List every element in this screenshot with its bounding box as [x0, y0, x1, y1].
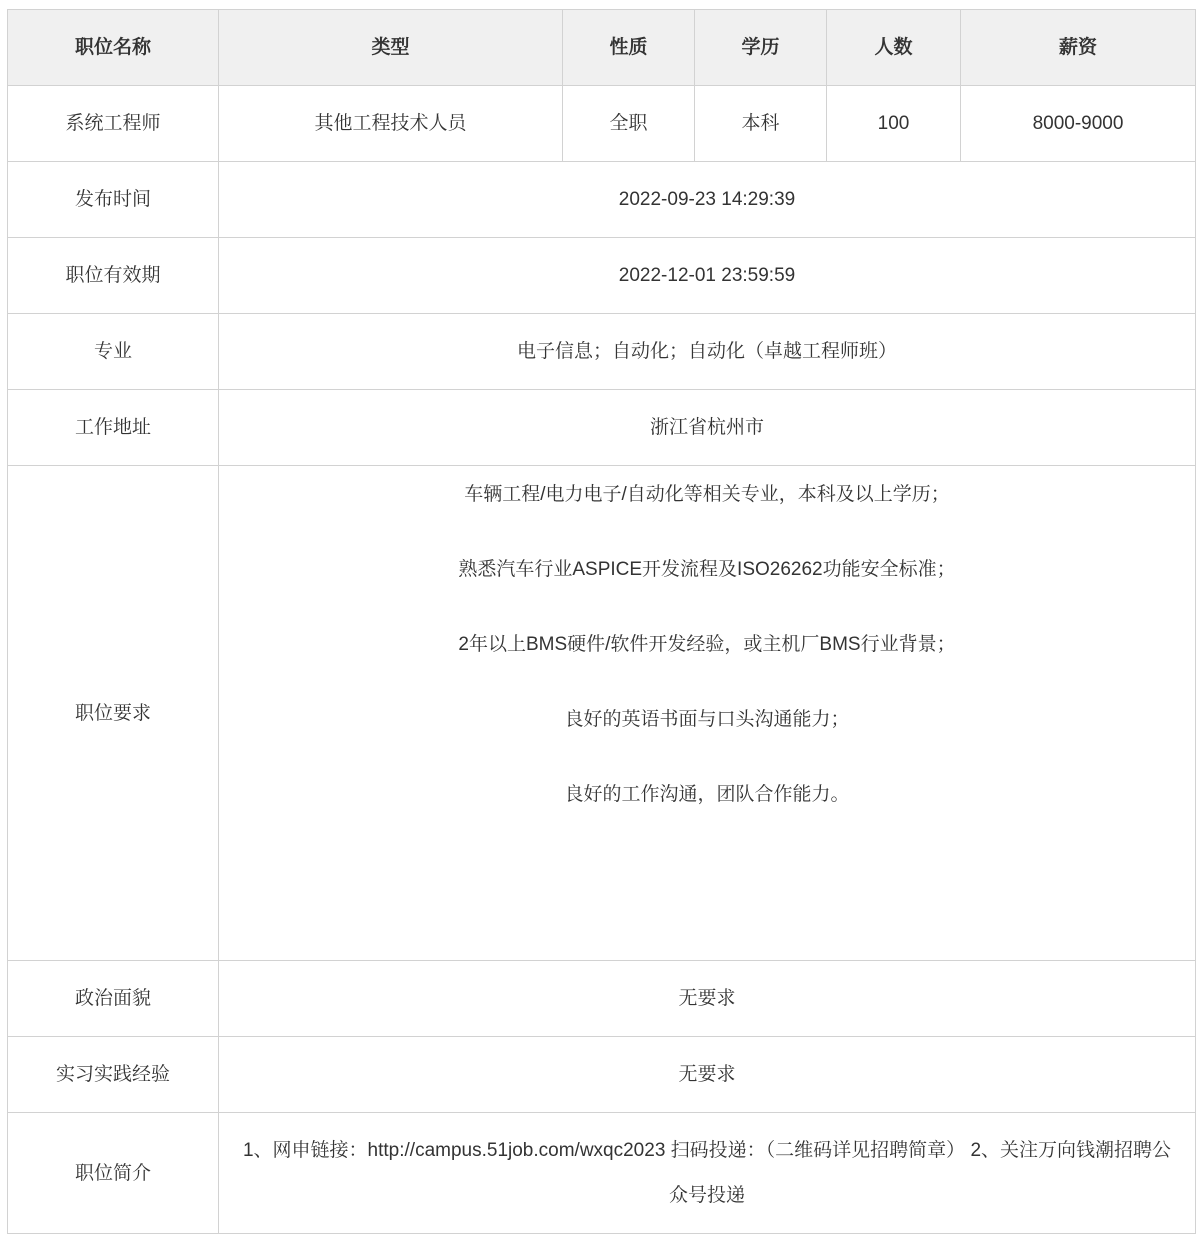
political-status-value: 无要求 [219, 961, 1196, 1037]
requirements-label: 职位要求 [8, 466, 219, 961]
internship-label: 实习实践经验 [8, 1037, 219, 1113]
requirements-value: 车辆工程/电力电子/自动化等相关专业，本科及以上学历； 熟悉汽车行业ASPICE… [219, 466, 1196, 961]
job-detail-table: 职位名称 类型 性质 学历 人数 薪资 系统工程师 其他工程技术人员 全职 本科… [7, 9, 1196, 1222]
internship-row: 实习实践经验 无要求 [8, 1037, 1196, 1113]
position-row: 系统工程师 其他工程技术人员 全职 本科 100 8000-9000 [8, 86, 1196, 162]
valid-until-row: 职位有效期 2022-12-01 23:59:59 [8, 238, 1196, 314]
publish-time-value: 2022-09-23 14:29:39 [219, 162, 1196, 238]
internship-value: 无要求 [219, 1037, 1196, 1113]
political-status-label: 政治面貌 [8, 961, 219, 1037]
header-headcount: 人数 [827, 10, 961, 86]
header-salary: 薪资 [961, 10, 1196, 86]
requirements-row: 职位要求 车辆工程/电力电子/自动化等相关专业，本科及以上学历； 熟悉汽车行业A… [8, 466, 1196, 961]
intro-row: 职位简介 1、网申链接：http://campus.51job.com/wxqc… [8, 1113, 1196, 1223]
location-label: 工作地址 [8, 390, 219, 466]
position-salary: 8000-9000 [961, 86, 1196, 162]
requirement-item: 车辆工程/电力电子/自动化等相关专业，本科及以上学历； [229, 480, 1185, 510]
position-name: 系统工程师 [8, 86, 219, 162]
position-education: 本科 [695, 86, 827, 162]
header-nature: 性质 [563, 10, 695, 86]
major-value: 电子信息；自动化；自动化（卓越工程师班） [219, 314, 1196, 390]
requirement-item: 良好的工作沟通，团队合作能力。 [229, 780, 1185, 810]
valid-until-value: 2022-12-01 23:59:59 [219, 238, 1196, 314]
requirement-item: 良好的英语书面与口头沟通能力； [229, 705, 1185, 735]
header-education: 学历 [695, 10, 827, 86]
location-value: 浙江省杭州市 [219, 390, 1196, 466]
position-type: 其他工程技术人员 [219, 86, 563, 162]
political-status-row: 政治面貌 无要求 [8, 961, 1196, 1037]
publish-time-label: 发布时间 [8, 162, 219, 238]
requirement-item: 2年以上BMS硬件/软件开发经验，或主机厂BMS行业背景； [229, 630, 1185, 660]
valid-until-label: 职位有效期 [8, 238, 219, 314]
location-row: 工作地址 浙江省杭州市 [8, 390, 1196, 466]
requirement-item: 熟悉汽车行业ASPICE开发流程及ISO26262功能安全标准； [229, 555, 1185, 585]
header-row: 职位名称 类型 性质 学历 人数 薪资 [8, 10, 1196, 86]
intro-value: 1、网申链接：http://campus.51job.com/wxqc2023 … [219, 1113, 1196, 1223]
intro-label: 职位简介 [8, 1113, 219, 1223]
position-headcount: 100 [827, 86, 961, 162]
header-type: 类型 [219, 10, 563, 86]
major-row: 专业 电子信息；自动化；自动化（卓越工程师班） [8, 314, 1196, 390]
publish-time-row: 发布时间 2022-09-23 14:29:39 [8, 162, 1196, 238]
major-label: 专业 [8, 314, 219, 390]
header-position-name: 职位名称 [8, 10, 219, 86]
position-nature: 全职 [563, 86, 695, 162]
